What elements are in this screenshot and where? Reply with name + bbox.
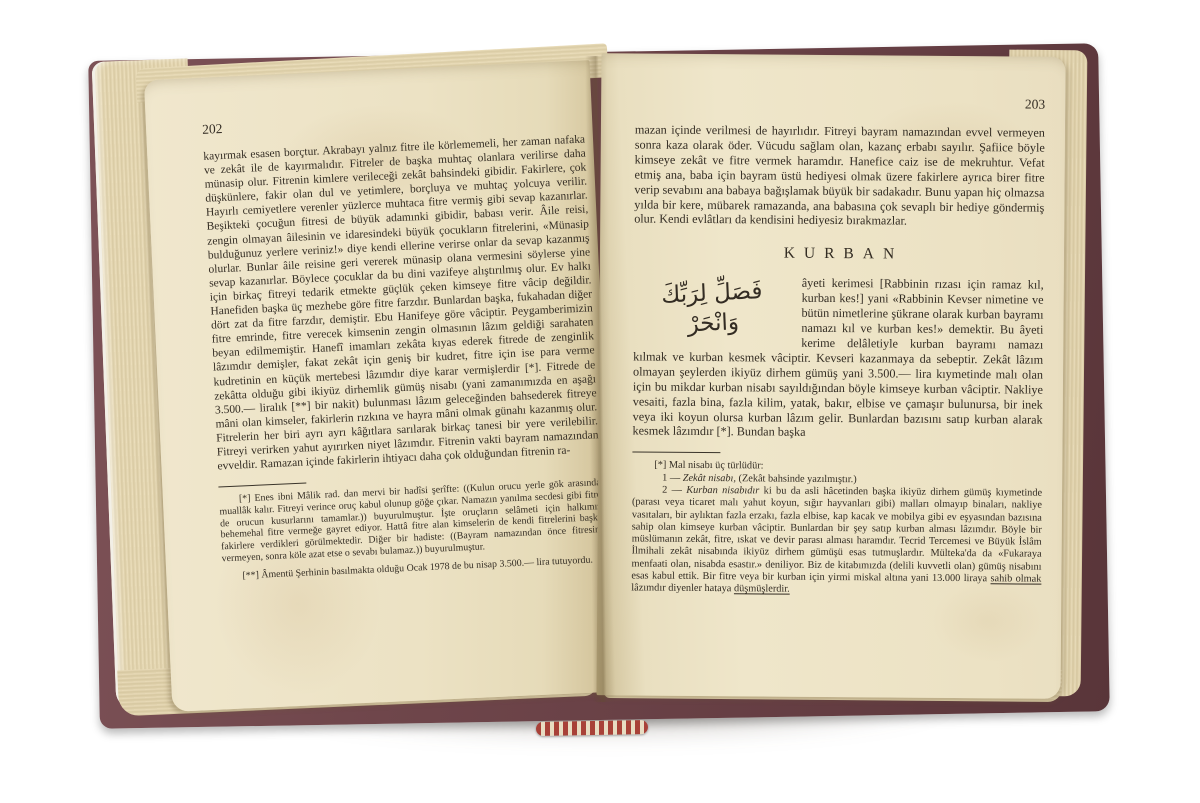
footnote-item-2-text: ki bu da asli hâcetinden başka ikiyüz di… [631, 485, 1042, 584]
spine-headband [536, 720, 648, 736]
footnote-item-2-label: 2 — [662, 485, 686, 496]
arabic-calligraphy: فَصَلِّ لِرَبِّكَ وَانْحَرْ [632, 272, 803, 345]
page-number-left: 202 [202, 105, 584, 138]
footnote-item-1-label: 1 — [662, 472, 683, 483]
right-page: 203 mazan içinde verilmesi de hayırlıdır… [596, 53, 1065, 699]
page-number-right: 203 [635, 93, 1045, 112]
footnote-item-2-underlined-1: sahib olmak [991, 573, 1042, 584]
footnote-item-2-text-mid: lâzımdır diyenler hataya [631, 583, 734, 595]
right-footnote-item-2: 2 — Kurban nisabıdır ki bu da asli hâcet… [631, 484, 1042, 598]
footnote-item-2-term: Kurban nisabıdır [686, 485, 759, 497]
footnote-rule-right [632, 452, 720, 454]
right-page-paragraph-2: فَصَلِّ لِرَبِّكَ وَانْحَرْ âyeti kerime… [633, 275, 1044, 442]
right-page-text-block: 203 mazan içinde verilmesi de hayırlıdır… [631, 93, 1045, 598]
kurban-heading: KURBAN [634, 244, 1044, 265]
left-footnote-1: [*] Enes ibni Mâlik rad. dan mervi bir h… [219, 477, 604, 564]
footnote-item-1-text: (Zekât bahsinde yazılmıştır.) [736, 473, 857, 485]
footnote-item-1-term: Zekât nisabı, [683, 472, 736, 483]
left-page-body-paragraph: kayırmak esasen borçtur. Akrabayı yalnız… [203, 132, 599, 473]
open-book-photo: 202 kayırmak esasen borçtur. Akrabayı ya… [0, 0, 1200, 803]
footnote-rule-left [218, 483, 306, 488]
right-page-paragraph-1: mazan içinde verilmesi de hayırlıdır. Fi… [634, 122, 1045, 230]
left-page-text-block: 202 kayırmak esasen borçtur. Akrabayı ya… [202, 105, 605, 584]
left-page: 202 kayırmak esasen borçtur. Akrabayı ya… [144, 60, 618, 712]
footnote-item-2-underlined-2: düşmüşlerdir. [734, 584, 790, 595]
